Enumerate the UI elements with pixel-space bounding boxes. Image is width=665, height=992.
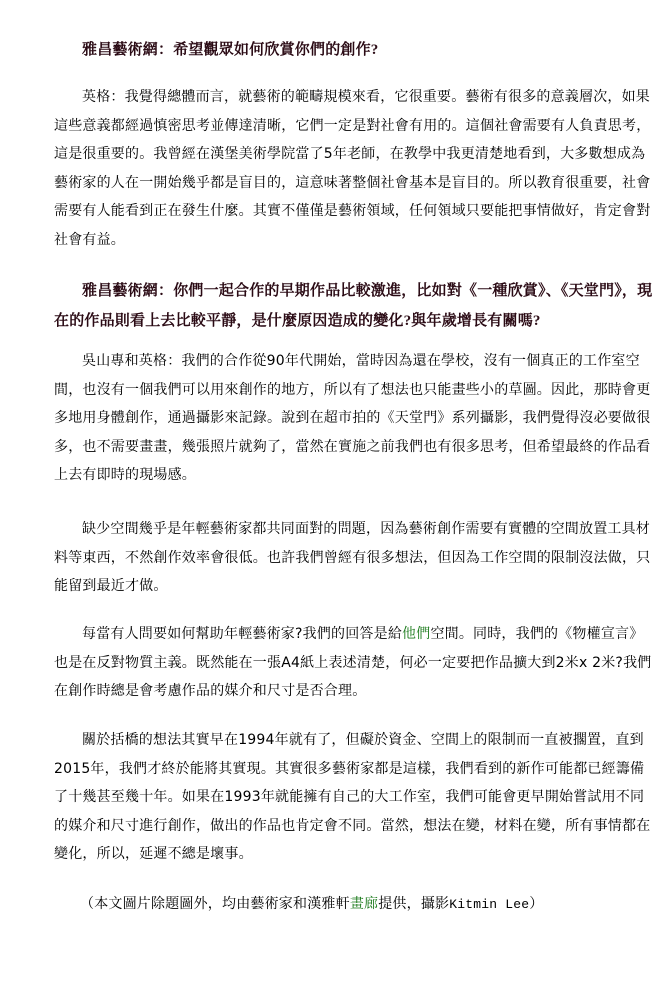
answer-4: 每當有人問要如何幫助年輕藝術家?我們的回答是給他們空間。同時，我們的《物權宣言》… <box>54 620 654 706</box>
answer-2: 吳山專和英格：我們的合作從90年代開始，當時因為還在學校，沒有一個真正的工作室空… <box>54 347 654 490</box>
answer-1-text: 英格：我覺得總體而言，就藝術的範疇規模來看，它很重要。藝術有很多的意義層次，如果… <box>54 89 650 248</box>
link-gallery[interactable]: 畫廊 <box>350 896 378 912</box>
credit-text-a: （本文圖片除題圖外，均由藝術家和漢雅軒 <box>80 896 350 912</box>
question-1-text: 雅昌藝術網：希望觀眾如何欣賞你們的創作? <box>82 42 379 58</box>
credit-text-b: 提供，攝影 <box>378 896 449 912</box>
answer-5: 關於括橋的想法其實早在1994年就有了，但礙於資金、空間上的限制而一直被擱置，直… <box>54 726 654 869</box>
question-2: 雅昌藝術網：你們一起合作的早期作品比較激進，比如對《一種欣賞》、《天堂門》，現在… <box>54 276 654 336</box>
answer-3-text: 缺少空間幾乎是年輕藝術家都共同面對的問題，因為藝術創作需要有實體的空間放置工具材… <box>54 521 650 594</box>
answer-4-text-a: 每當有人問要如何幫助年輕藝術家?我們的回答是給 <box>82 626 402 642</box>
answer-5-text: 關於括橋的想法其實早在1994年就有了，但礙於資金、空間上的限制而一直被擱置，直… <box>54 732 650 862</box>
question-2-text: 雅昌藝術網：你們一起合作的早期作品比較激進，比如對《一種欣賞》、《天堂門》，現在… <box>54 283 652 329</box>
answer-2-text: 吳山專和英格：我們的合作從90年代開始，當時因為還在學校，沒有一個真正的工作室空… <box>54 353 650 483</box>
credit-close: ） <box>529 896 543 912</box>
photographer-name: Kitmin Lee <box>449 897 529 912</box>
question-1: 雅昌藝術網：希望觀眾如何欣賞你們的創作? <box>54 36 654 65</box>
answer-3: 缺少空間幾乎是年輕藝術家都共同面對的問題，因為藝術創作需要有實體的空間放置工具材… <box>54 515 654 601</box>
photo-credit: （本文圖片除題圖外，均由藝術家和漢雅軒畫廊提供，攝影Kitmin Lee） <box>80 890 665 920</box>
link-them[interactable]: 他們 <box>402 626 430 642</box>
answer-1: 英格：我覺得總體而言，就藝術的範疇規模來看，它很重要。藝術有很多的意義層次，如果… <box>54 83 654 254</box>
